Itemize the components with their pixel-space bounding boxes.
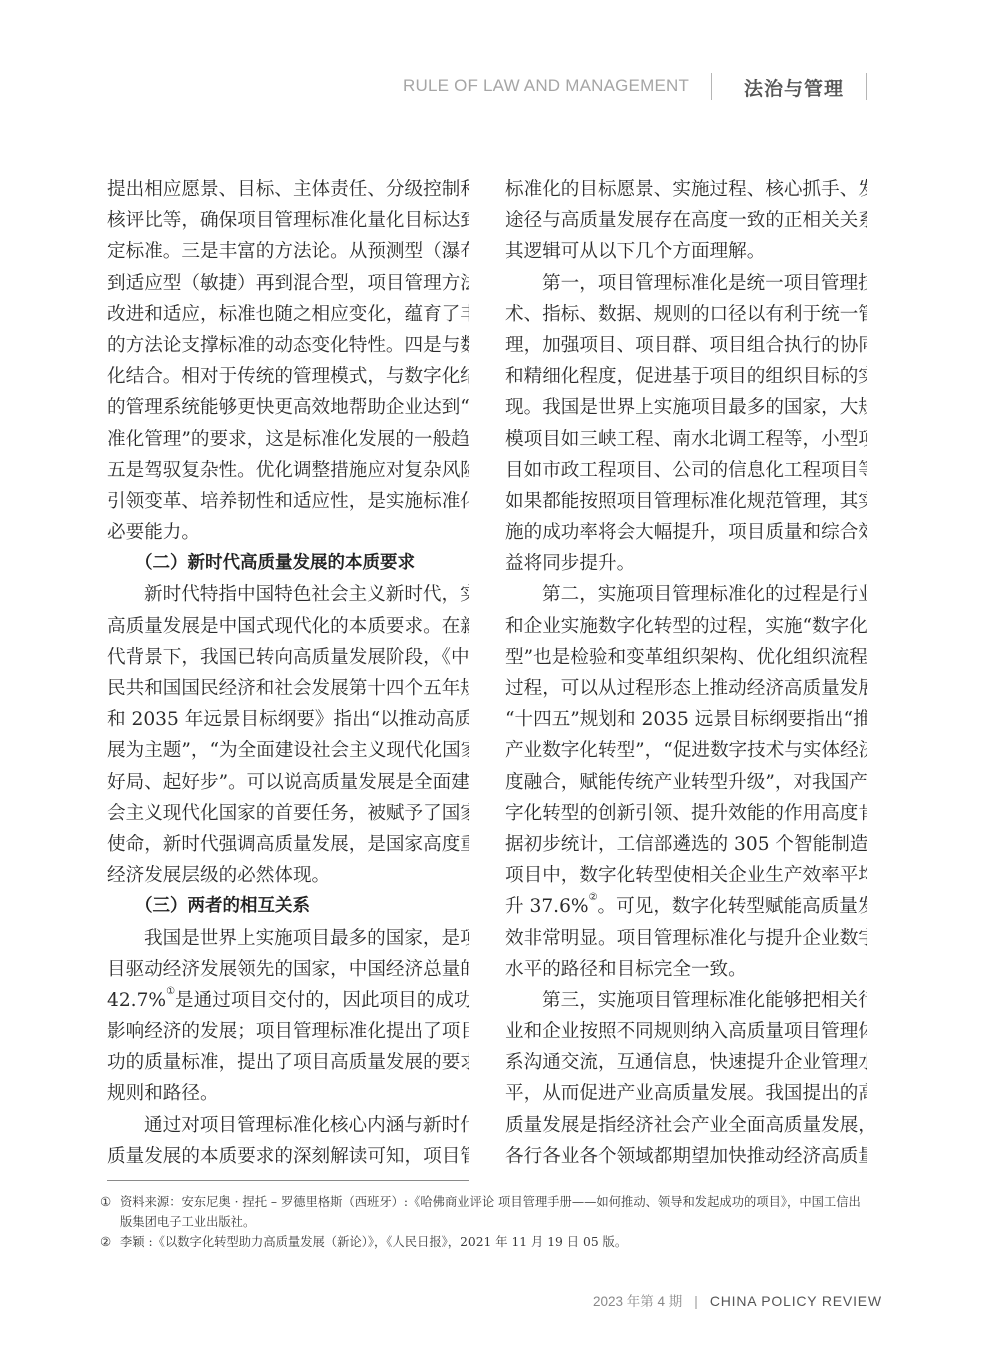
footnote-text: 李颖 :《以数字化转型助力高质量发展（新论）》，《人民日报》，2021 年 11… xyxy=(120,1235,627,1249)
footnote-reference: ② xyxy=(589,892,598,903)
text-line: 我国是世界上实施项目最多的国家，是项 xyxy=(107,923,469,954)
text-line: 字化转型的创新引领、提升效能的作用高度肯定。 xyxy=(505,798,867,829)
text-line: 代背景下，我国已转向高质量发展阶段，《中华人 xyxy=(107,642,469,673)
text-line: 展为主题”，“为全面建设社会主义现代化国家开 xyxy=(107,735,469,766)
text-line: 民共和国国民经济和社会发展第十四个五年规划 xyxy=(107,673,469,704)
text-line: 过程，可以从过程形态上推动经济高质量发展。 xyxy=(505,673,867,704)
footnote-2: ② 李颖 :《以数字化转型助力高质量发展（新论）》，《人民日报》，2021 年 … xyxy=(100,1232,870,1252)
footer-divider: | xyxy=(694,1294,698,1309)
text-line: 必要能力。 xyxy=(107,517,469,548)
text-line: 好局、起好步”。可以说高质量发展是全面建设社 xyxy=(107,767,469,798)
text-line: 功的质量标准，提出了项目高质量发展的要求、 xyxy=(107,1047,469,1078)
text-line: 会主义现代化国家的首要任务，被赋予了国家级 xyxy=(107,798,469,829)
text-line: 的管理系统能够更快更高效地帮助企业达到“标 xyxy=(107,392,469,423)
header-divider xyxy=(866,73,867,100)
footnotes: ① 资料来源：安东尼奥 · 捏托 – 罗德里格斯（西班牙）:《哈佛商业评论 项目… xyxy=(100,1192,870,1252)
footnote-marker: ② xyxy=(100,1232,111,1252)
issue-label: 2023 年第 4 期 xyxy=(593,1294,682,1309)
text-line: 如果都能按照项目管理标准化规范管理，其实 xyxy=(505,486,867,517)
text-line: 施的成功率将会大幅提升，项目质量和综合效 xyxy=(505,517,867,548)
text-fragment: 是通过项目交付的，因此项目的成功直接 xyxy=(175,990,469,1011)
text-line: 五是驾驭复杂性。优化调整措施应对复杂风险， xyxy=(107,455,469,486)
footnote-1: ① 资料来源：安东尼奥 · 捏托 – 罗德里格斯（西班牙）:《哈佛商业评论 项目… xyxy=(100,1192,870,1232)
text-line: 各行各业各个领域都期望加快推动经济高质量 xyxy=(505,1141,867,1172)
section-title-english: RULE OF LAW AND MANAGEMENT xyxy=(403,76,689,96)
text-line: 和精细化程度，促进基于项目的组织目标的实 xyxy=(505,361,867,392)
text-line: 核评比等，确保项目管理标准化量化目标达到预 xyxy=(107,205,469,236)
text-line: 产业数字化转型”，“促进数字技术与实体经济深 xyxy=(505,735,867,766)
text-line: 理，加强项目、项目群、项目组合执行的协同 xyxy=(505,330,867,361)
text-fragment: 42.7% xyxy=(107,990,166,1011)
footnote-text: 资料来源：安东尼奥 · 捏托 – 罗德里格斯（西班牙）:《哈佛商业评论 项目管理… xyxy=(120,1195,861,1229)
text-line: 化结合。相对于传统的管理模式，与数字化结合 xyxy=(107,361,469,392)
section-heading: （二）新时代高质量发展的本质要求 xyxy=(107,548,469,579)
text-line: 质量发展的本质要求的深刻解读可知，项目管理 xyxy=(107,1141,469,1172)
text-fragment: 升 37.6% xyxy=(505,896,589,917)
text-line: 业和企业按照不同规则纳入高质量项目管理体 xyxy=(505,1016,867,1047)
text-line: 现。我国是世界上实施项目最多的国家，大规 xyxy=(505,392,867,423)
text-line: 影响经济的发展；项目管理标准化提出了项目成 xyxy=(107,1016,469,1047)
right-column: 标准化的目标愿景、实施过程、核心抓手、发展途径与高质量发展存在高度一致的正相关关… xyxy=(505,174,867,1172)
header-divider xyxy=(711,73,712,100)
text-line: 42.7%①是通过项目交付的，因此项目的成功直接 xyxy=(107,985,469,1016)
text-line: 使命，新时代强调高质量发展，是国家高度重视 xyxy=(107,829,469,860)
text-line: 升 37.6%②。可见，数字化转型赋能高质量发展成 xyxy=(505,891,867,922)
text-line: 目驱动经济发展领先的国家，中国经济总量的 xyxy=(107,954,469,985)
footnote-marker: ① xyxy=(100,1192,111,1212)
section-heading: （三）两者的相互关系 xyxy=(107,891,469,922)
text-line: 的方法论支撑标准的动态变化特性。四是与数字 xyxy=(107,330,469,361)
footnote-reference: ① xyxy=(166,986,175,997)
text-line: 和 2035 年远景目标纲要》指出“以推动高质量发 xyxy=(107,704,469,735)
text-line: 项目中，数字化转型使相关企业生产效率平均提 xyxy=(505,860,867,891)
text-line: 益将同步提升。 xyxy=(505,548,867,579)
page-footer: 2023 年第 4 期|CHINA POLICY REVIEW xyxy=(593,1290,882,1310)
text-line: 系沟通交流，互通信息，快速提升企业管理水 xyxy=(505,1047,867,1078)
text-line: 提出相应愿景、目标、主体责任、分级控制和考 xyxy=(107,174,469,205)
text-line: 经济发展层级的必然体现。 xyxy=(107,860,469,891)
journal-name: CHINA POLICY REVIEW xyxy=(710,1293,882,1309)
text-line: 到适应型（敏捷）再到混合型，项目管理方法在 xyxy=(107,268,469,299)
section-title-chinese: 法治与管理 xyxy=(744,74,844,101)
text-line: 途径与高质量发展存在高度一致的正相关关系， xyxy=(505,205,867,236)
text-line: 据初步统计，工信部遴选的 305 个智能制造示范 xyxy=(505,829,867,860)
text-line: 其逻辑可从以下几个方面理解。 xyxy=(505,236,867,267)
text-line: 引领变革、培养韧性和适应性，是实施标准化的 xyxy=(107,486,469,517)
text-line: 度融合，赋能传统产业转型升级”，对我国产业数 xyxy=(505,767,867,798)
text-line: 平，从而促进产业高质量发展。我国提出的高 xyxy=(505,1078,867,1109)
text-line: 第一，项目管理标准化是统一项目管理技 xyxy=(505,268,867,299)
text-line: 定标准。三是丰富的方法论。从预测型（瀑布型） xyxy=(107,236,469,267)
text-line: 规则和路径。 xyxy=(107,1078,469,1109)
text-line: 质量发展是指经济社会产业全面高质量发展， xyxy=(505,1110,867,1141)
text-line: 水平的路径和目标完全一致。 xyxy=(505,954,867,985)
text-line: 标准化的目标愿景、实施过程、核心抓手、发展 xyxy=(505,174,867,205)
footnote-rule xyxy=(107,1180,469,1181)
text-line: 型”也是检验和变革组织架构、优化组织流程的 xyxy=(505,642,867,673)
text-line: 目如市政工程项目、公司的信息化工程项目等， xyxy=(505,455,867,486)
text-line: 模项目如三峡工程、南水北调工程等，小型项 xyxy=(505,424,867,455)
text-line: 通过对项目管理标准化核心内涵与新时代高 xyxy=(107,1110,469,1141)
left-column: 提出相应愿景、目标、主体责任、分级控制和考核评比等，确保项目管理标准化量化目标达… xyxy=(107,174,469,1172)
text-fragment: 。可见，数字化转型赋能高质量发展成 xyxy=(598,896,867,917)
text-line: 改进和适应，标准也随之相应变化，蕴育了丰富 xyxy=(107,299,469,330)
text-line: 新时代特指中国特色社会主义新时代，实现 xyxy=(107,579,469,610)
text-line: 准化管理”的要求，这是标准化发展的一般趋势。 xyxy=(107,424,469,455)
text-line: 和企业实施数字化转型的过程，实施“数字化转 xyxy=(505,611,867,642)
text-line: 第二，实施项目管理标准化的过程是行业 xyxy=(505,579,867,610)
text-line: “十四五”规划和 2035 远景目标纲要指出“推进 xyxy=(505,704,867,735)
text-line: 高质量发展是中国式现代化的本质要求。在新时 xyxy=(107,611,469,642)
text-line: 术、指标、数据、规则的口径以有利于统一管 xyxy=(505,299,867,330)
text-line: 效非常明显。项目管理标准化与提升企业数字化 xyxy=(505,923,867,954)
text-line: 第三，实施项目管理标准化能够把相关行 xyxy=(505,985,867,1016)
